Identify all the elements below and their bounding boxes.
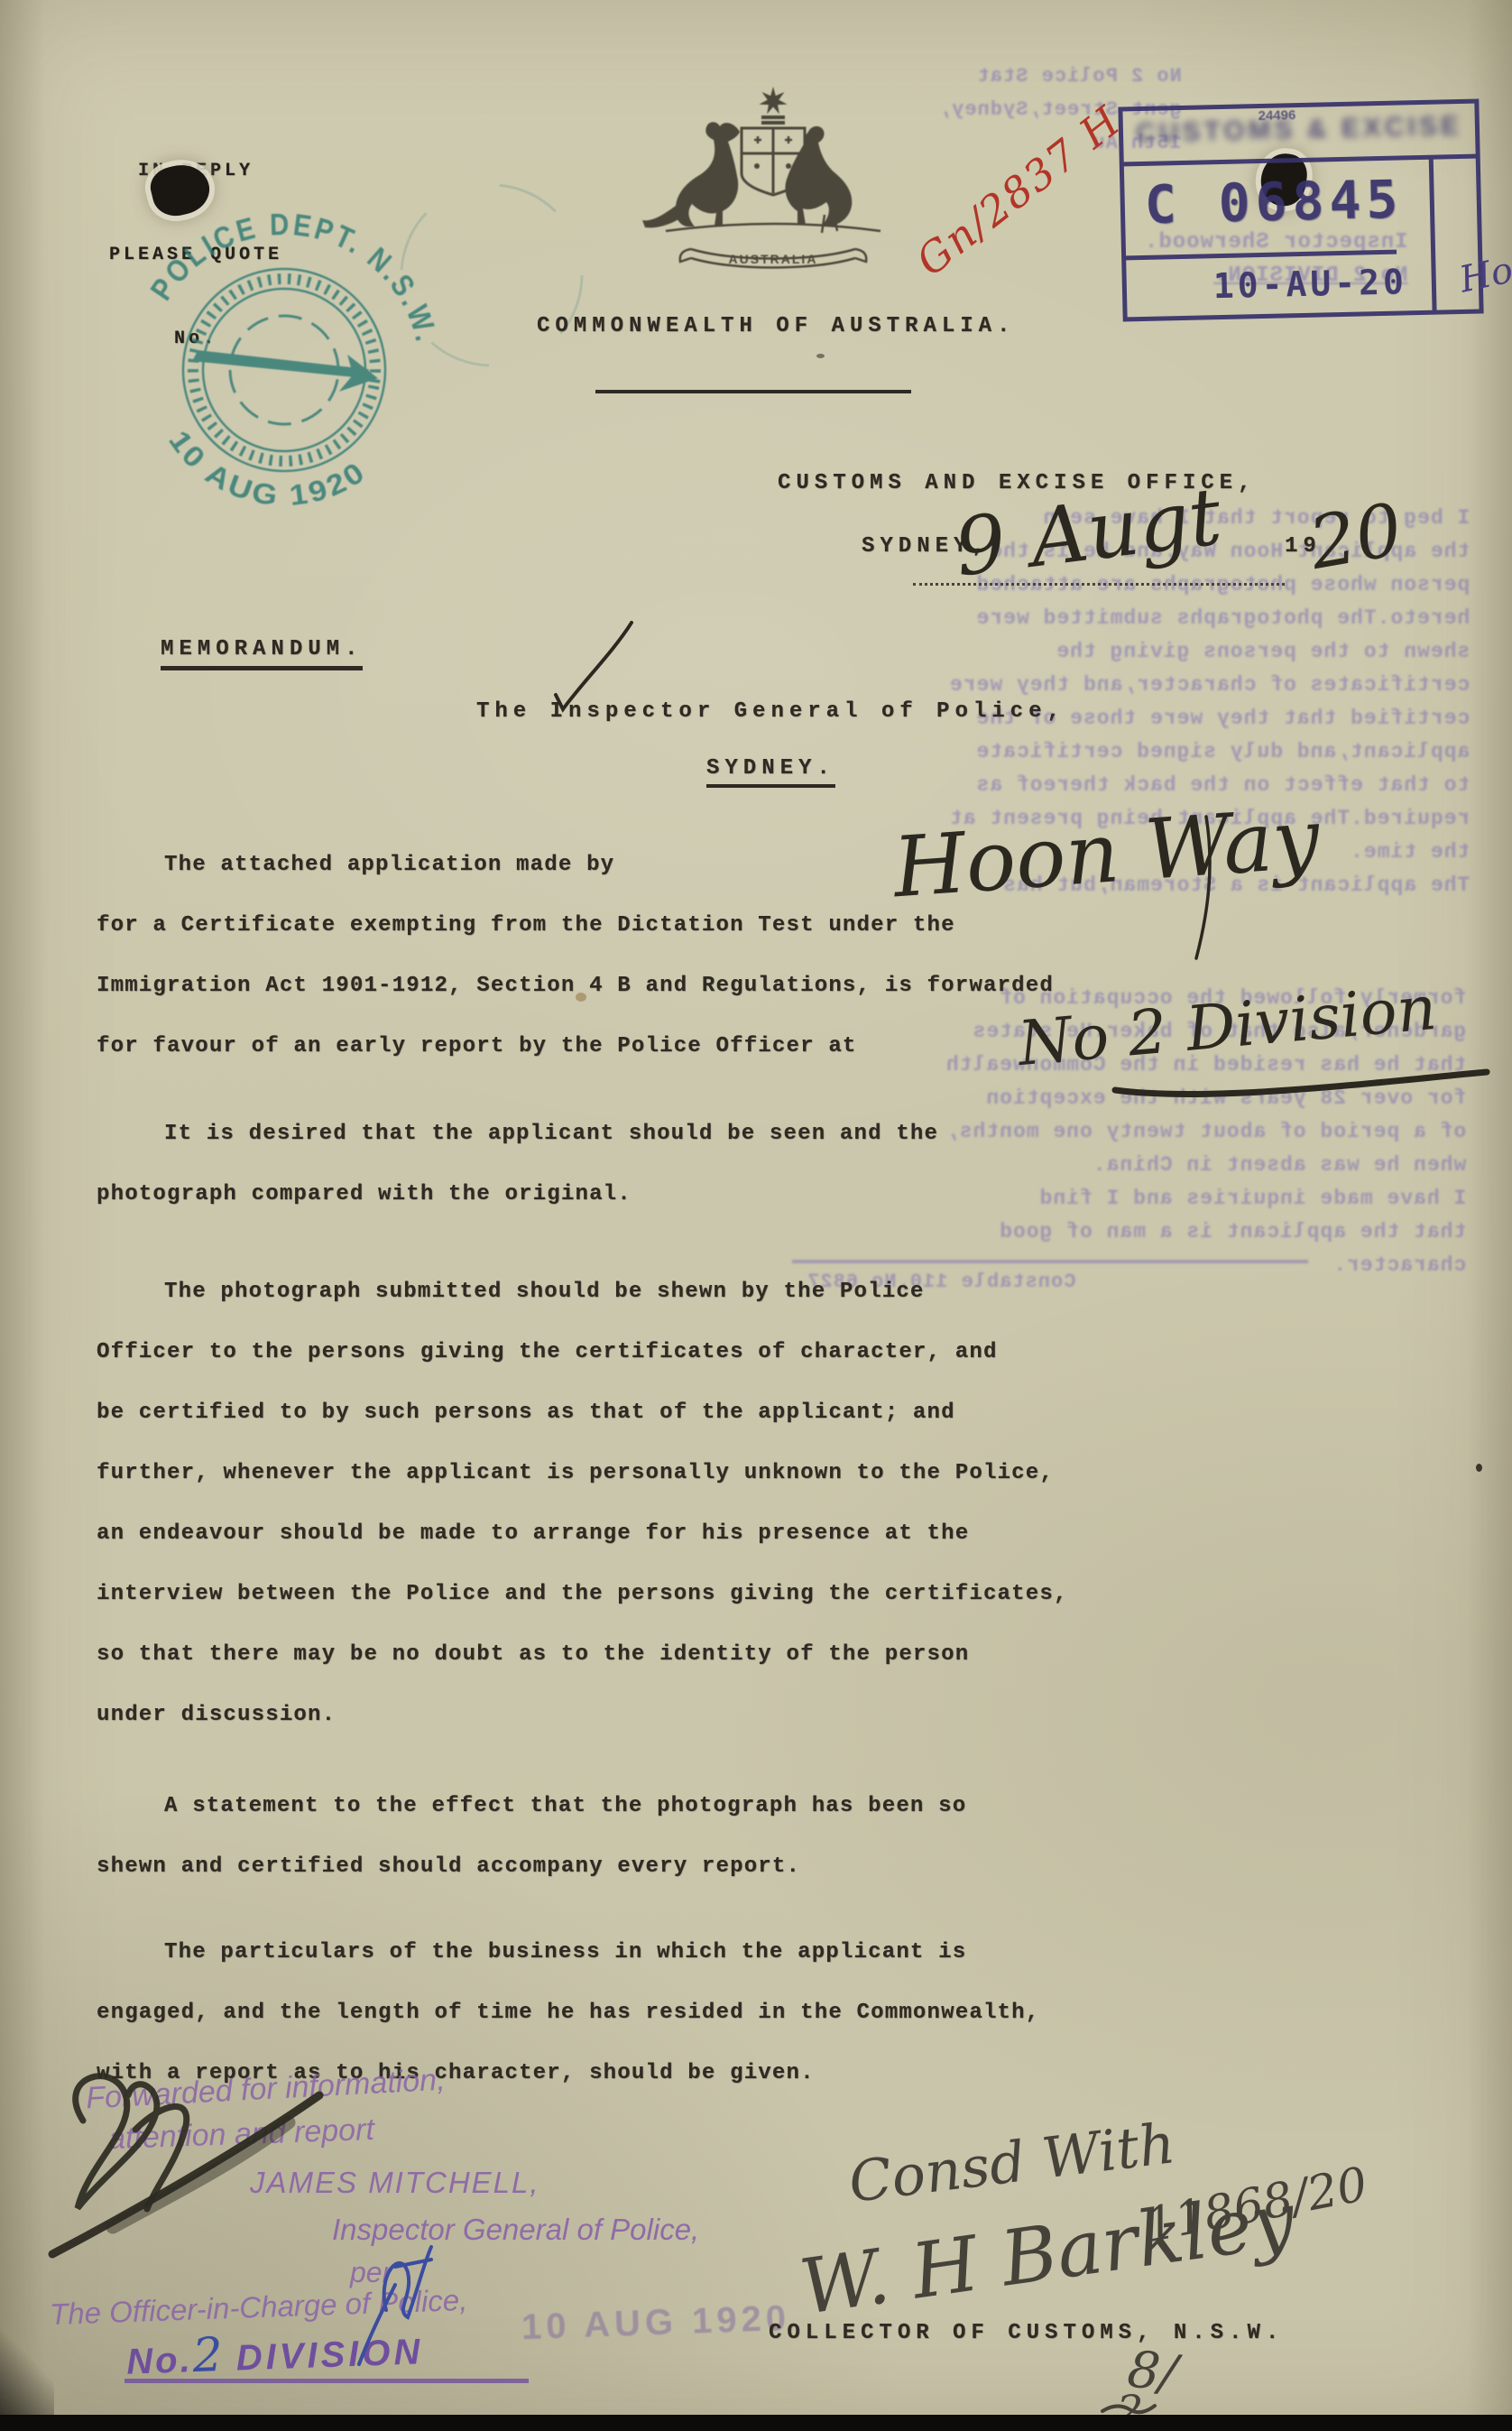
memorandum-document: No 2 Police Statgent Street,Sydney,15th … (0, 0, 1512, 2431)
division-underline-flourish (1115, 1072, 1487, 1095)
ink-speck-small (816, 354, 825, 358)
per-initials-blue (384, 2247, 431, 2317)
ink-speck (1476, 1464, 1482, 1472)
ink-strokes-overlay (0, 0, 1512, 2431)
paper-stain (576, 993, 586, 1002)
applicant-name-tail-stroke (1196, 817, 1210, 958)
blue-slash (359, 2285, 395, 2364)
checkmark-stroke (556, 623, 632, 709)
scan-edge-band (0, 2415, 1512, 2431)
scan-corner-shadow (0, 2310, 54, 2431)
footer-mark-squiggle (1102, 2406, 1155, 2412)
